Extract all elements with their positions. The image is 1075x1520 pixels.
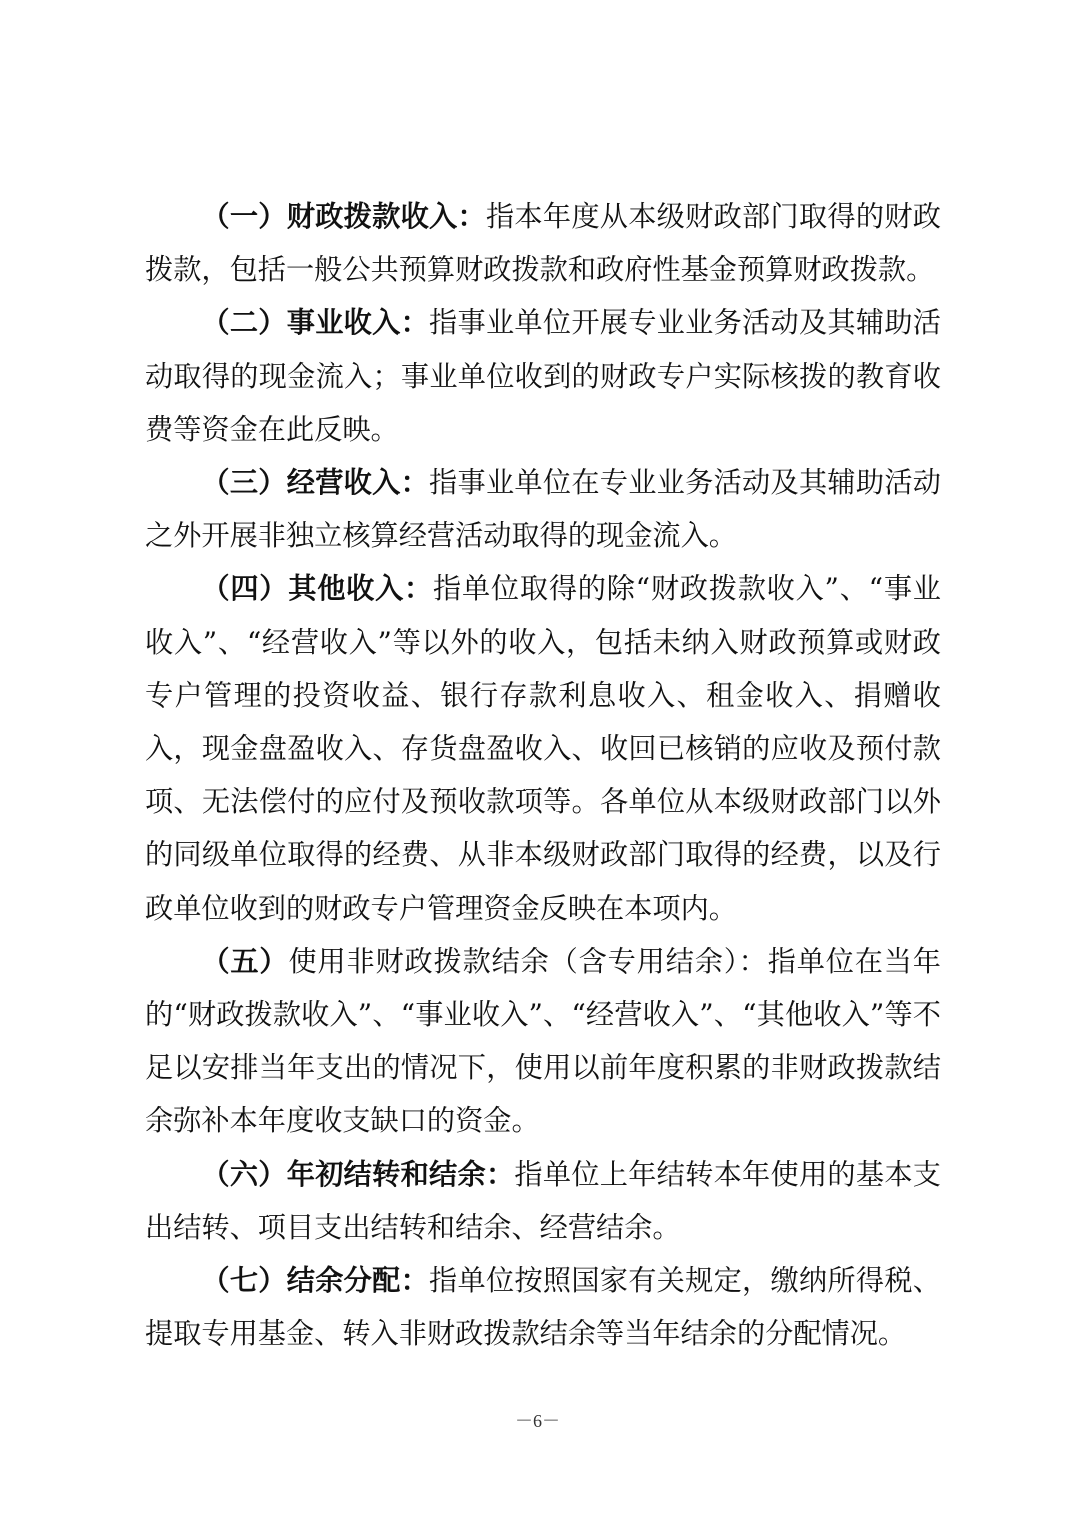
paragraph-fiscal-appropriation-income: （一）财政拨款收入：指本年度从本级财政部门取得的财政拨款，包括一般公共预算财政拨… [145,190,941,296]
paragraph-term: 经营收入： [287,466,429,499]
paragraph-term: 财政拨款收入： [287,200,486,233]
paragraph-surplus-distribution: （七）结余分配：指单位按照国家有关规定，缴纳所得税、提取专用基金、转入非财政拨款… [145,1254,941,1360]
paragraph-label: （一） [201,200,286,233]
paragraph-label: （六） [201,1158,286,1191]
paragraph-term: 其他收入： [288,572,433,605]
paragraph-term: 结余分配： [287,1264,429,1297]
paragraph-opening-carryover: （六）年初结转和结余：指单位上年结转本年使用的基本支出结转、项目支出结转和结余、… [145,1148,941,1254]
document-body: （一）财政拨款收入：指本年度从本级财政部门取得的财政拨款，包括一般公共预算财政拨… [145,190,941,1360]
paragraph-label: （四） [201,572,288,605]
paragraph-term: 事业收入： [287,306,429,339]
paragraph-operating-income: （三）经营收入：指事业单位在专业业务活动及其辅助活动之外开展非独立核算经营活动取… [145,456,941,562]
paragraph-other-income: （四）其他收入：指单位取得的除“财政拨款收入”、“事业收入”、“经营收入”等以外… [145,562,941,934]
paragraph-term: 使用非财政拨款结余（含专用结余）： [288,945,767,978]
paragraph-label: （五） [201,945,288,978]
paragraph-label: （七） [201,1264,286,1297]
paragraph-label: （三） [201,466,286,499]
paragraph-text: 指单位取得的除“财政拨款收入”、“事业收入”、“经营收入”等以外的收入，包括未纳… [145,572,941,924]
page-number: －6－ [0,1407,1075,1433]
document-page: （一）财政拨款收入：指本年度从本级财政部门取得的财政拨款，包括一般公共预算财政拨… [0,0,1075,1520]
paragraph-business-income: （二）事业收入：指事业单位开展专业业务活动及其辅助活动取得的现金流入；事业单位收… [145,296,941,456]
paragraph-non-fiscal-balance-usage: （五）使用非财政拨款结余（含专用结余）：指单位在当年的“财政拨款收入”、“事业收… [145,935,941,1148]
paragraph-label: （二） [201,306,286,339]
paragraph-term: 年初结转和结余： [287,1158,515,1191]
